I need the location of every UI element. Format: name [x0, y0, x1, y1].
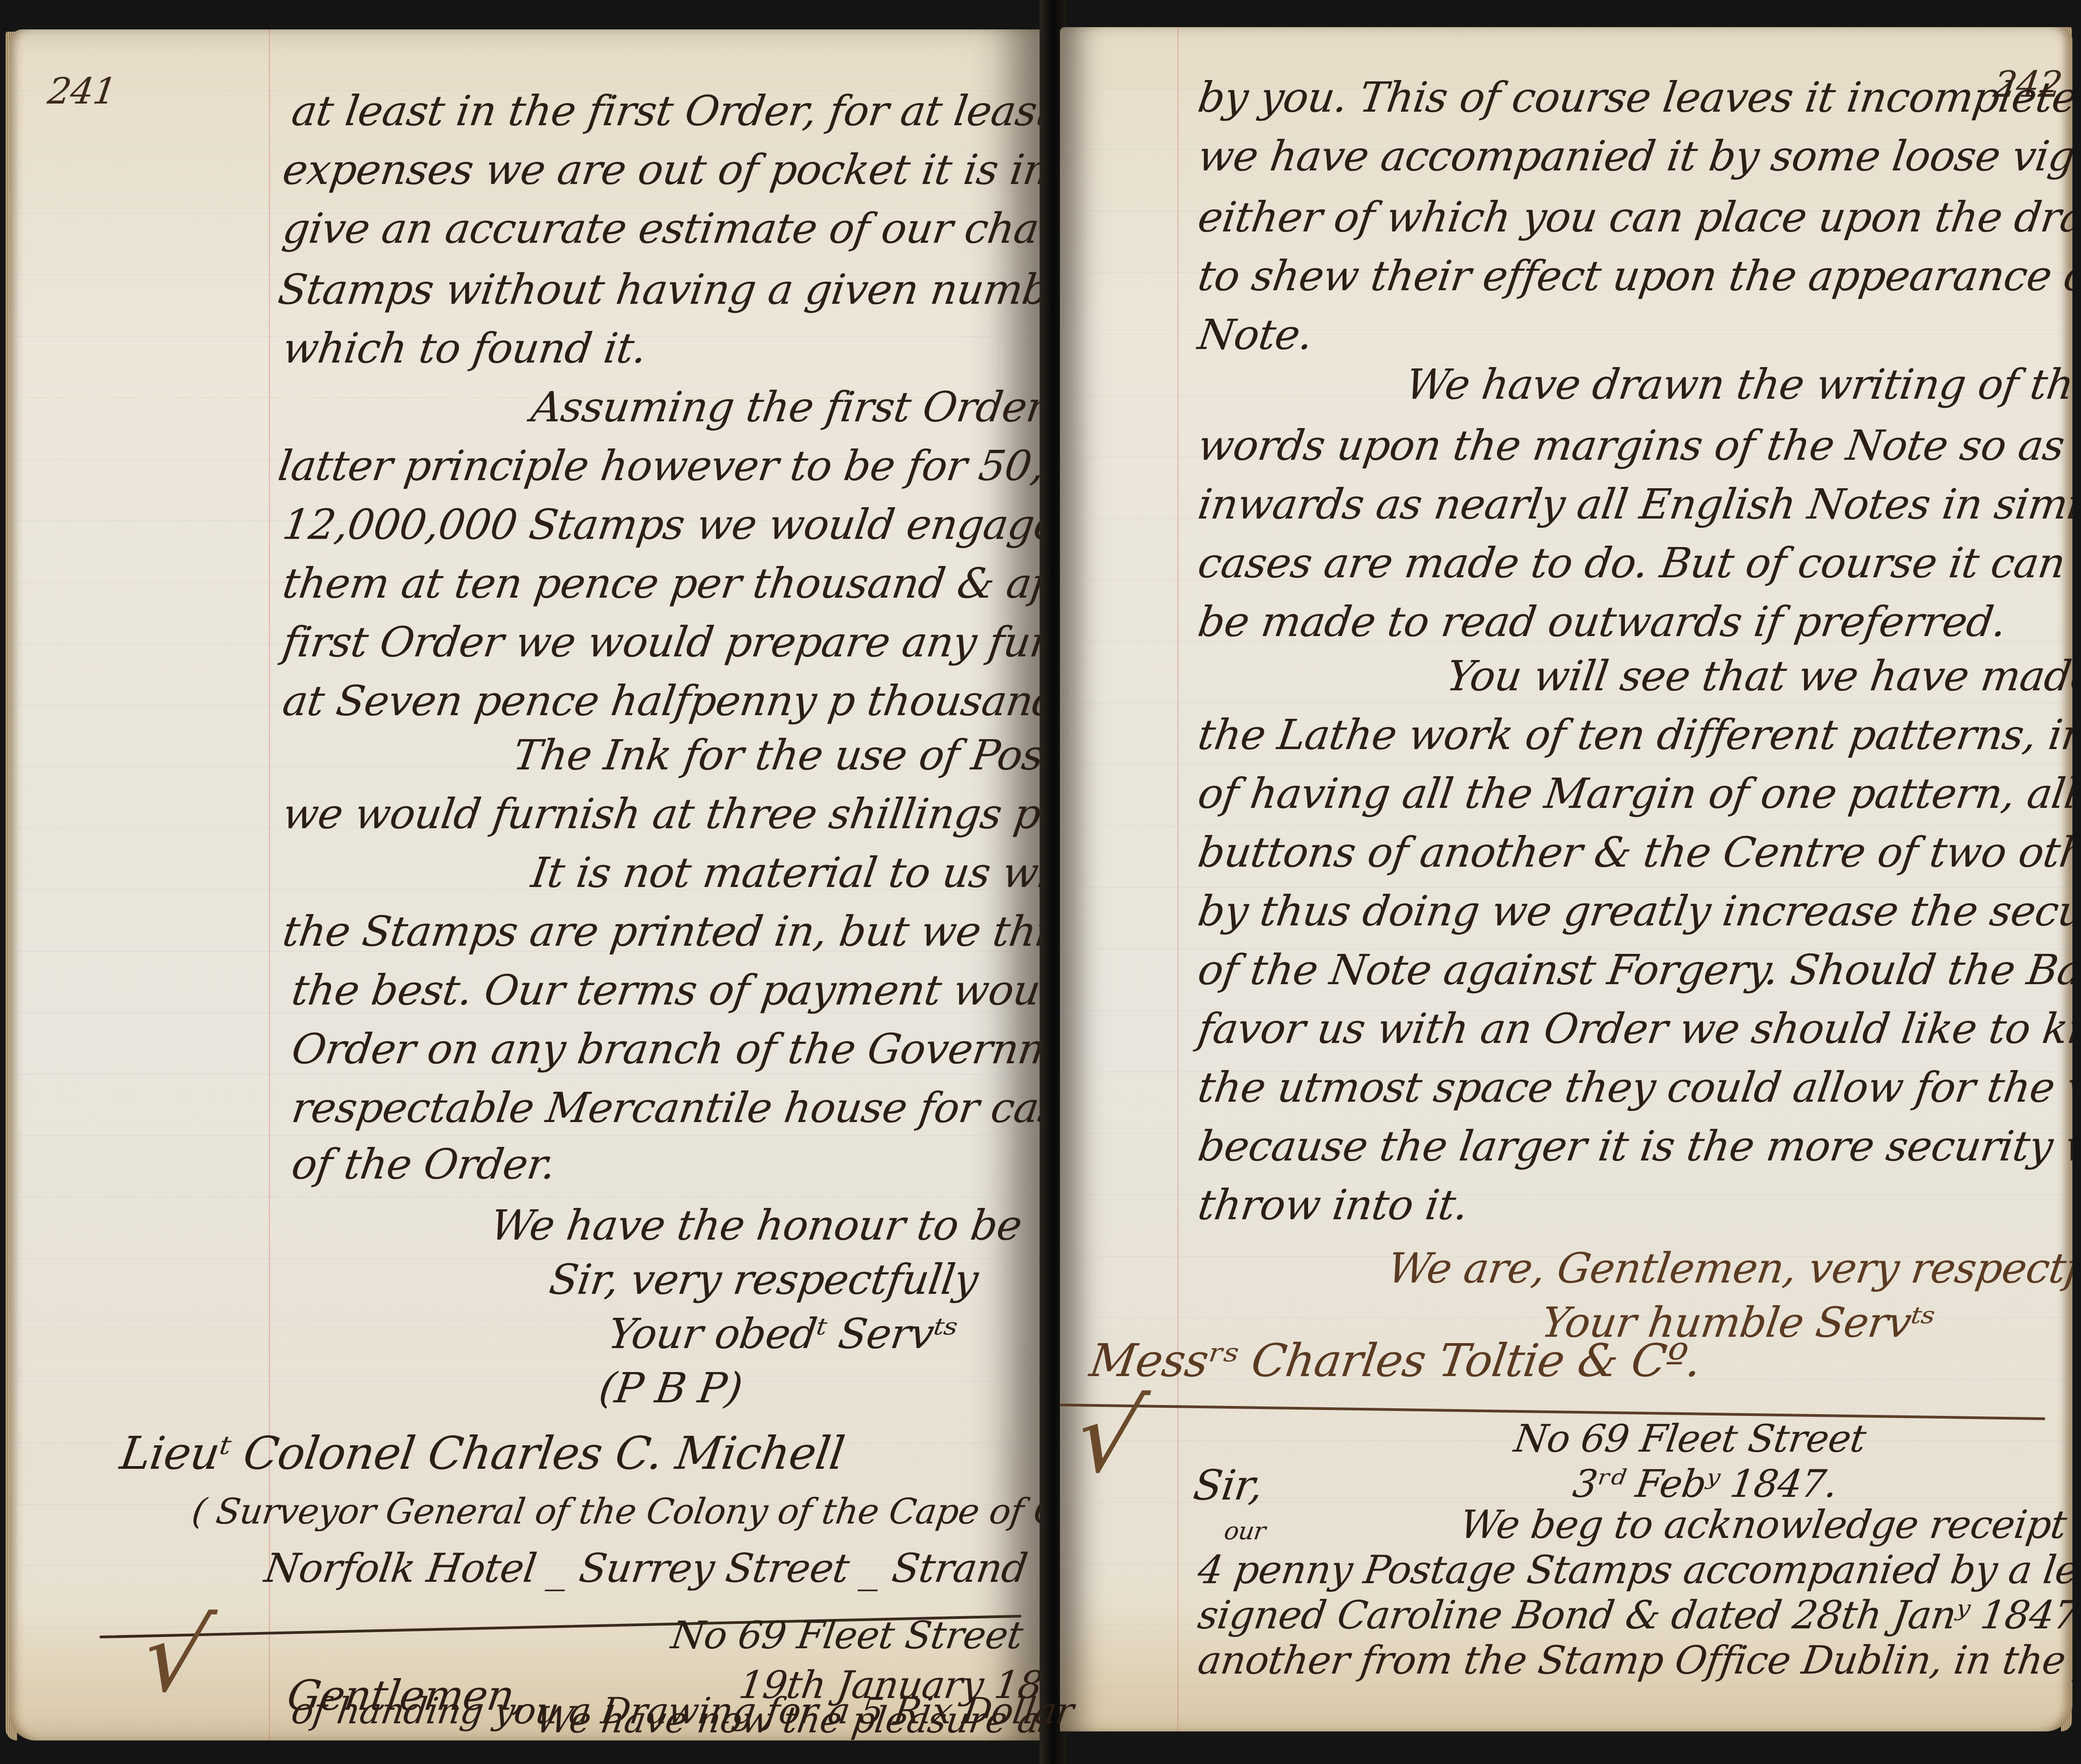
text-line: of the Order.	[289, 1144, 558, 1185]
text-line: Note.	[1196, 314, 1315, 356]
text-line: We have drawn the writing of the	[1403, 364, 2072, 406]
text-line: which to found it.	[280, 328, 649, 369]
text-line: by you. This of course leaves it incompl…	[1196, 77, 2072, 118]
text-line: words upon the margins of the Note so as…	[1196, 425, 2072, 467]
text-line: to shew their effect upon the appearance…	[1196, 255, 2072, 297]
addressee-name: Messʳˢ Charles Toltie & Cº.	[1087, 1338, 1704, 1383]
left-page: 241 at least in the first Order, for at …	[9, 29, 1044, 1740]
addressee-name: Lieuᵗ Colonel Charles C. Michell	[118, 1431, 847, 1476]
text-line: Assuming the first Order on this	[529, 387, 1044, 428]
text-line: we have accompanied it by some loose vig…	[1196, 136, 2072, 177]
text-line: signed Caroline Bond & dated 28th Janʸ 1…	[1196, 1596, 2072, 1635]
text-line: latter principle however to be for 50,00…	[276, 445, 1044, 487]
text-line: the utmost space they could allow for th…	[1196, 1067, 2072, 1108]
text-line: them at ten pence per thousand & after t…	[280, 563, 1044, 604]
text-line: the Stamps are printed in, but we think …	[280, 911, 1044, 953]
closing-line: Your obedᵗ Servᵗˢ	[606, 1313, 960, 1355]
page-number: 241	[45, 70, 119, 112]
text-line: Stamps without having a given number on	[276, 269, 1044, 311]
addressee-title: ( Surveyor General of the Colony of the …	[190, 1494, 1044, 1529]
text-line: Order on any branch of the Government he…	[289, 1028, 1044, 1070]
text-line: respectable Mercantile house for cash on…	[289, 1087, 1044, 1129]
text-line: the Lathe work of ten different patterns…	[1196, 714, 2072, 756]
text-line: 12,000,000 Stamps we would engage to pre…	[280, 504, 1044, 546]
text-line: at Seven pence halfpenny p thousand Stam…	[280, 680, 1044, 722]
text-line: inwards as nearly all English Notes in s…	[1196, 484, 2072, 525]
letter-address: No 69 Fleet Street	[1512, 1420, 1868, 1457]
check-mark-icon: √	[1066, 1379, 1154, 1495]
text-line: You will see that we have made	[1444, 656, 2072, 697]
text-line: another from the Stamp Office Dublin, in…	[1196, 1641, 2072, 1680]
letter-date: 3ʳᵈ Febʸ 1847.	[1571, 1465, 1840, 1503]
text-line: we would furnish at three shillings p lb…	[280, 793, 1044, 835]
closing-line: Sir, very respectfully	[547, 1259, 980, 1301]
text-line: either of which you can place upon the d…	[1196, 197, 2072, 238]
letter-address: No 69 Fleet Street	[669, 1616, 1025, 1654]
text-line: 4 penny Postage Stamps accompanied by a …	[1196, 1551, 2072, 1589]
margin-rule	[1177, 27, 1178, 1731]
text-line: give an accurate estimate of our charge …	[280, 208, 1044, 250]
text-line: throw into it.	[1196, 1184, 1470, 1226]
text-line: by thus doing we greatly increase the se…	[1196, 891, 2072, 932]
text-line: The Ink for the use of Postmasters	[511, 735, 1044, 776]
margin-rule	[269, 29, 270, 1740]
check-mark-icon: √	[132, 1598, 221, 1714]
right-page: 242 by you. This of course leaves it inc…	[1060, 27, 2072, 1731]
text-line: We beg to acknowledge receipt of	[1458, 1505, 2072, 1544]
text-line: It is not material to us what colour	[529, 852, 1044, 894]
text-line: of the Note against Forgery. Should the …	[1196, 949, 2072, 991]
text-line: the best. Our terms of payment would be …	[289, 970, 1044, 1011]
addressee-address: Norfolk Hotel _ Surrey Street _ Strand	[262, 1548, 1030, 1588]
letter-salutation: Sir,	[1191, 1465, 1266, 1506]
text-line: because the larger it is the more securi…	[1196, 1126, 2072, 1167]
text-line: expenses we are out of pocket it is impo…	[280, 149, 1044, 191]
text-line: of handing you a Drawing for a 5 Rix Dol…	[289, 1693, 1076, 1729]
signature-initials: (P B P)	[597, 1368, 745, 1409]
text-line: cases are made to do. But of course it c…	[1196, 542, 2072, 584]
closing-line: We are, Gentlemen, very respectfully	[1385, 1248, 2072, 1289]
closing-line: We have the honour to be	[488, 1205, 1024, 1246]
text-line: be made to read outwards if preferred.	[1196, 601, 2009, 643]
text-line: at least in the first Order, for at leas…	[289, 90, 1044, 132]
interlinear-insertion: our	[1223, 1519, 1267, 1543]
text-line: favor us with an Order we should like to…	[1196, 1008, 2072, 1050]
text-line: buttons of another & the Centre of two o…	[1196, 832, 2072, 873]
open-letter-book: 241 at least in the first Order, for at …	[0, 0, 2081, 1764]
text-line: of having all the Margin of one pattern,…	[1196, 773, 2072, 815]
text-line: first Order we would prepare any further…	[280, 622, 1044, 663]
